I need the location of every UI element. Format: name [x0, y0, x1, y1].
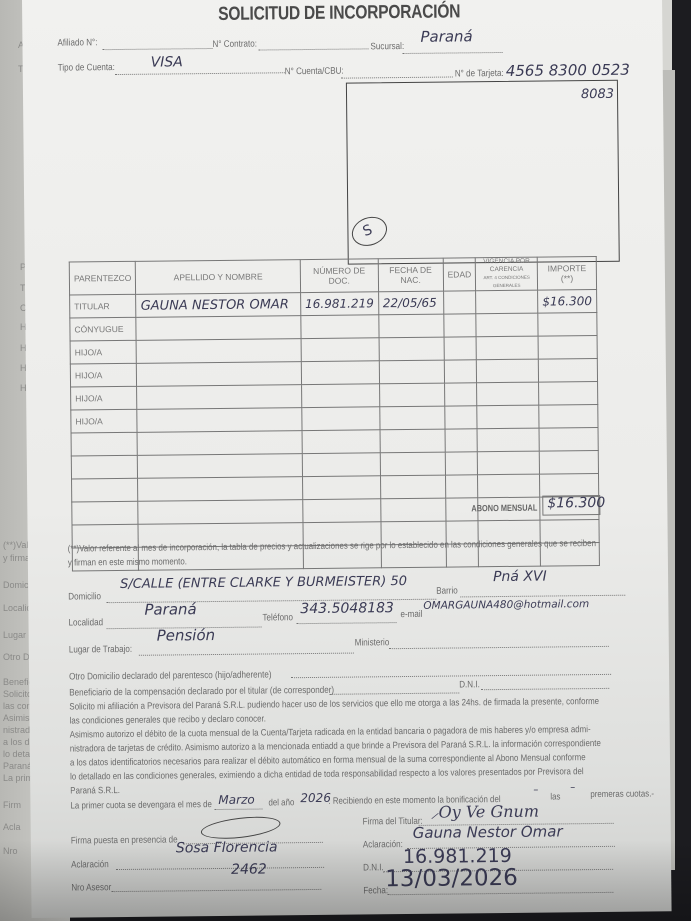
cell-parentezco — [72, 501, 139, 525]
cell-fecha[interactable] — [380, 452, 445, 476]
cuenta-cbu-label: N° Cuenta/CBU: — [285, 66, 344, 78]
cell-importe[interactable] — [540, 473, 599, 497]
cell-edad[interactable] — [444, 383, 477, 406]
header-apellido-nombre: APELLIDO Y NOMBRE — [136, 260, 301, 295]
cell-doc[interactable] — [301, 338, 379, 362]
cell-fecha[interactable] — [380, 429, 445, 453]
cell-vigencia[interactable] — [478, 451, 540, 475]
tipo-cuenta-label: Tipo de Cuenta: — [58, 62, 115, 74]
bonif-1-value[interactable]: – — [533, 785, 538, 796]
ministerio-label: Ministerio — [355, 637, 390, 648]
cell-vigencia[interactable] — [477, 405, 539, 429]
header-parentezco: PARENTEZCO — [69, 261, 136, 295]
cell-nombre[interactable] — [136, 316, 301, 341]
cell-nombre[interactable] — [138, 431, 303, 456]
cell-nombre[interactable] — [137, 362, 302, 387]
beneficiario-dni-label: D.N.I. — [459, 679, 480, 690]
cell-fecha[interactable] — [379, 360, 444, 384]
aclaracion-left-field[interactable] — [116, 867, 324, 870]
trabajo-field[interactable] — [139, 653, 354, 656]
presencia-signature — [200, 813, 282, 842]
otro-domicilio-label: Otro Domicilio declarado del parentesco … — [69, 669, 272, 682]
tipo-cuenta-value: VISA — [151, 54, 183, 70]
header-edad: EDAD — [443, 258, 476, 291]
ghost-label: La prim — [3, 773, 33, 783]
cell-doc[interactable] — [302, 407, 380, 431]
nro-asesor-field[interactable] — [111, 889, 321, 892]
domicilio-value: S/CALLE (ENTRE CLARKE Y BURMEISTER) 50 — [120, 574, 407, 592]
legal-line: Solicito mi afiliación a Previsora del P… — [69, 695, 599, 714]
ministerio-field[interactable] — [389, 646, 609, 649]
localidad-value: Paraná — [144, 600, 196, 619]
cell-edad[interactable] — [445, 429, 478, 452]
cuota-mes-field[interactable] — [214, 809, 262, 811]
trabajo-value: Pensión — [157, 626, 216, 645]
form-sheet: SOLICITUD DE INCORPORACIÓN Afiliado N°: … — [22, 0, 672, 918]
cell-nombre[interactable]: GAUNA NESTOR OMAR — [136, 293, 301, 318]
importe-value: $16.300 — [542, 294, 592, 309]
ghost-label: Firm — [3, 800, 21, 810]
cell-parentezco: HIJO/A — [70, 340, 137, 364]
ghost-label: Nro — [3, 846, 18, 856]
cell-edad[interactable] — [444, 406, 477, 429]
email-value: OMARGAUNA480@hotmail.com — [423, 598, 589, 612]
family-table: PARENTEZCO APELLIDO Y NOMBRE NÚMERO DE D… — [69, 256, 600, 572]
cell-fecha[interactable] — [379, 337, 444, 361]
cell-doc[interactable] — [302, 453, 380, 477]
cell-parentezco: HIJO/A — [71, 386, 138, 410]
abono-mensual-field[interactable]: $16.300 — [542, 495, 600, 516]
cuota-anio-value: 2026 — [300, 791, 331, 805]
cuota-anio-label: del año — [268, 796, 294, 810]
cell-parentezco — [71, 455, 138, 479]
aclaracion-right-value: Gauna Nestor Omar — [413, 822, 563, 842]
cell-doc[interactable] — [302, 476, 380, 500]
barrio-field[interactable] — [460, 595, 625, 598]
cuota-mes-value: Marzo — [218, 793, 254, 807]
cell-nombre[interactable] — [137, 385, 302, 410]
afiliado-field[interactable] — [103, 48, 213, 50]
cell-doc[interactable] — [301, 384, 379, 408]
cell-edad[interactable] — [444, 360, 477, 383]
nombre-value: GAUNA NESTOR OMAR — [141, 297, 289, 314]
header-numero-doc: NÚMERO DE DOC. — [300, 259, 378, 293]
cuota-prefix: La primer cuota se devengara el mes de — [70, 798, 212, 813]
email-label: e-mail — [400, 609, 422, 620]
cell-doc[interactable]: 16.981.219 — [301, 292, 379, 316]
cell-parentezco: CÓNYUGUE — [70, 317, 137, 341]
cell-importe[interactable] — [538, 358, 597, 382]
header-vigencia: VIGENCIA POR CARENCIA ART. 4 CONDICIONES… — [476, 257, 538, 291]
cell-nombre[interactable] — [137, 408, 302, 433]
cell-importe[interactable] — [538, 335, 597, 359]
cell-importe[interactable] — [539, 381, 598, 405]
aclaracion-left-label: Aclaración — [71, 859, 109, 870]
photo-box: 8083 S — [346, 80, 620, 265]
cell-importe[interactable]: $16.300 — [538, 289, 597, 313]
abono-mensual-label: ABONO MENSUAL — [471, 503, 537, 514]
cell-importe[interactable] — [539, 404, 598, 428]
tarjeta-value-2: 8083 — [581, 87, 614, 102]
cell-vigencia[interactable] — [477, 359, 539, 383]
bonif-2-value[interactable]: – — [570, 782, 575, 793]
nro-asesor-value: 2462 — [231, 861, 267, 877]
cell-edad[interactable] — [443, 291, 476, 314]
ghost-label: Paraná — [3, 761, 32, 771]
cell-parentezco — [72, 478, 139, 502]
beneficiario-label: Beneficiario de la compensación declarad… — [69, 685, 334, 699]
beneficiario-dni-field[interactable] — [481, 688, 609, 690]
cell-fecha[interactable] — [379, 383, 444, 407]
form-title: SOLICITUD DE INCORPORACIÓN — [218, 1, 460, 26]
tarjeta-value: 4565 8300 0523 — [506, 61, 630, 80]
cell-parentezco: HIJO/A — [71, 409, 138, 433]
note-line-2: y firman en este mismo momento. — [68, 555, 187, 570]
legal-line: Paraná S.R.L. — [70, 784, 120, 798]
tipo-cuenta-field[interactable] — [115, 72, 285, 75]
circled-mark: S — [348, 212, 392, 251]
localidad-label: Localidad — [68, 617, 103, 628]
cell-edad[interactable] — [444, 314, 477, 337]
doc-value: 16.981.219 — [305, 296, 374, 311]
cell-vigencia[interactable] — [476, 336, 538, 360]
sucursal-label: Sucursal: — [370, 41, 404, 52]
cell-doc[interactable] — [301, 361, 379, 385]
contrato-field[interactable] — [259, 48, 369, 50]
cell-fecha[interactable] — [378, 314, 443, 338]
table-header-row: PARENTEZCO APELLIDO Y NOMBRE NÚMERO DE D… — [69, 257, 596, 296]
cell-vigencia[interactable] — [477, 428, 539, 452]
cell-nombre[interactable] — [138, 477, 303, 502]
sucursal-value: Paraná — [420, 27, 472, 46]
cell-fecha[interactable] — [379, 406, 444, 430]
header-fecha-nac: FECHA DE NAC. — [378, 258, 443, 292]
header-importe: IMPORTE (**) — [537, 257, 596, 291]
cell-fecha[interactable] — [380, 498, 445, 522]
cell-fecha[interactable]: 22/05/65 — [378, 291, 443, 315]
abono-mensual-value: $16.300 — [547, 495, 605, 512]
cell-doc[interactable] — [301, 315, 379, 339]
beneficiario-field[interactable] — [329, 692, 459, 694]
cell-edad[interactable] — [445, 475, 478, 498]
cuenta-cbu-field[interactable] — [341, 76, 453, 78]
trabajo-label: Lugar de Trabajo: — [69, 644, 132, 656]
cell-vigencia[interactable] — [477, 382, 539, 406]
ghost-label: Acla — [3, 822, 21, 832]
nro-asesor-label: Nro Asesor — [71, 882, 111, 893]
cell-parentezco: TITULAR — [70, 294, 137, 318]
barrio-label: Barrio — [436, 585, 458, 596]
cell-nombre[interactable] — [137, 339, 302, 364]
cell-fecha[interactable] — [380, 475, 445, 499]
ghost-label: lo detal — [3, 749, 32, 759]
aclaracion-left-value: Sosa Florencia — [176, 839, 278, 856]
telefono-label: Teléfono — [262, 612, 293, 623]
presencia-label: Firma puesta en presencia de — [71, 834, 178, 846]
las-label: las — [550, 790, 560, 804]
cell-importe[interactable] — [538, 312, 597, 336]
cell-parentezco — [71, 432, 138, 456]
cell-nombre[interactable] — [138, 500, 303, 525]
tarjeta-label: N° de Tarjeta: — [455, 68, 504, 80]
fecha-value: 22/05/65 — [383, 296, 437, 311]
domicilio-label: Domicilio — [68, 591, 101, 602]
cuota-end: premeras cuotas.- — [590, 787, 654, 801]
sucursal-field[interactable] — [403, 52, 503, 54]
contrato-label: N° Contrato: — [212, 39, 257, 50]
firma-titular-signature: ⸝Oy Ve Gnum — [430, 800, 539, 823]
aclaracion-right-label: Aclaración: — [363, 839, 403, 850]
cell-parentezco: HIJO/A — [70, 363, 137, 387]
cell-nombre[interactable] — [138, 454, 303, 479]
cell-vigencia[interactable] — [478, 474, 540, 498]
cell-importe[interactable] — [539, 450, 598, 474]
cell-edad[interactable] — [445, 452, 478, 475]
barrio-value: Pná XVI — [493, 569, 547, 586]
cell-doc[interactable] — [302, 430, 380, 454]
afiliado-label: Afiliado N°: — [57, 37, 97, 48]
fecha-field[interactable] — [387, 892, 613, 895]
cell-importe[interactable] — [539, 427, 598, 451]
otro-domicilio-field[interactable] — [291, 674, 611, 678]
dni-label: D.N.I. — [363, 862, 384, 873]
telefono-field[interactable] — [297, 622, 397, 624]
cell-vigencia[interactable] — [476, 290, 538, 314]
cell-doc[interactable] — [303, 499, 381, 523]
fecha-value: 13/03/2026 — [385, 865, 518, 892]
cell-vigencia[interactable] — [476, 313, 538, 337]
cell-edad[interactable] — [444, 337, 477, 360]
telefono-value: 343.5048183 — [300, 600, 394, 617]
